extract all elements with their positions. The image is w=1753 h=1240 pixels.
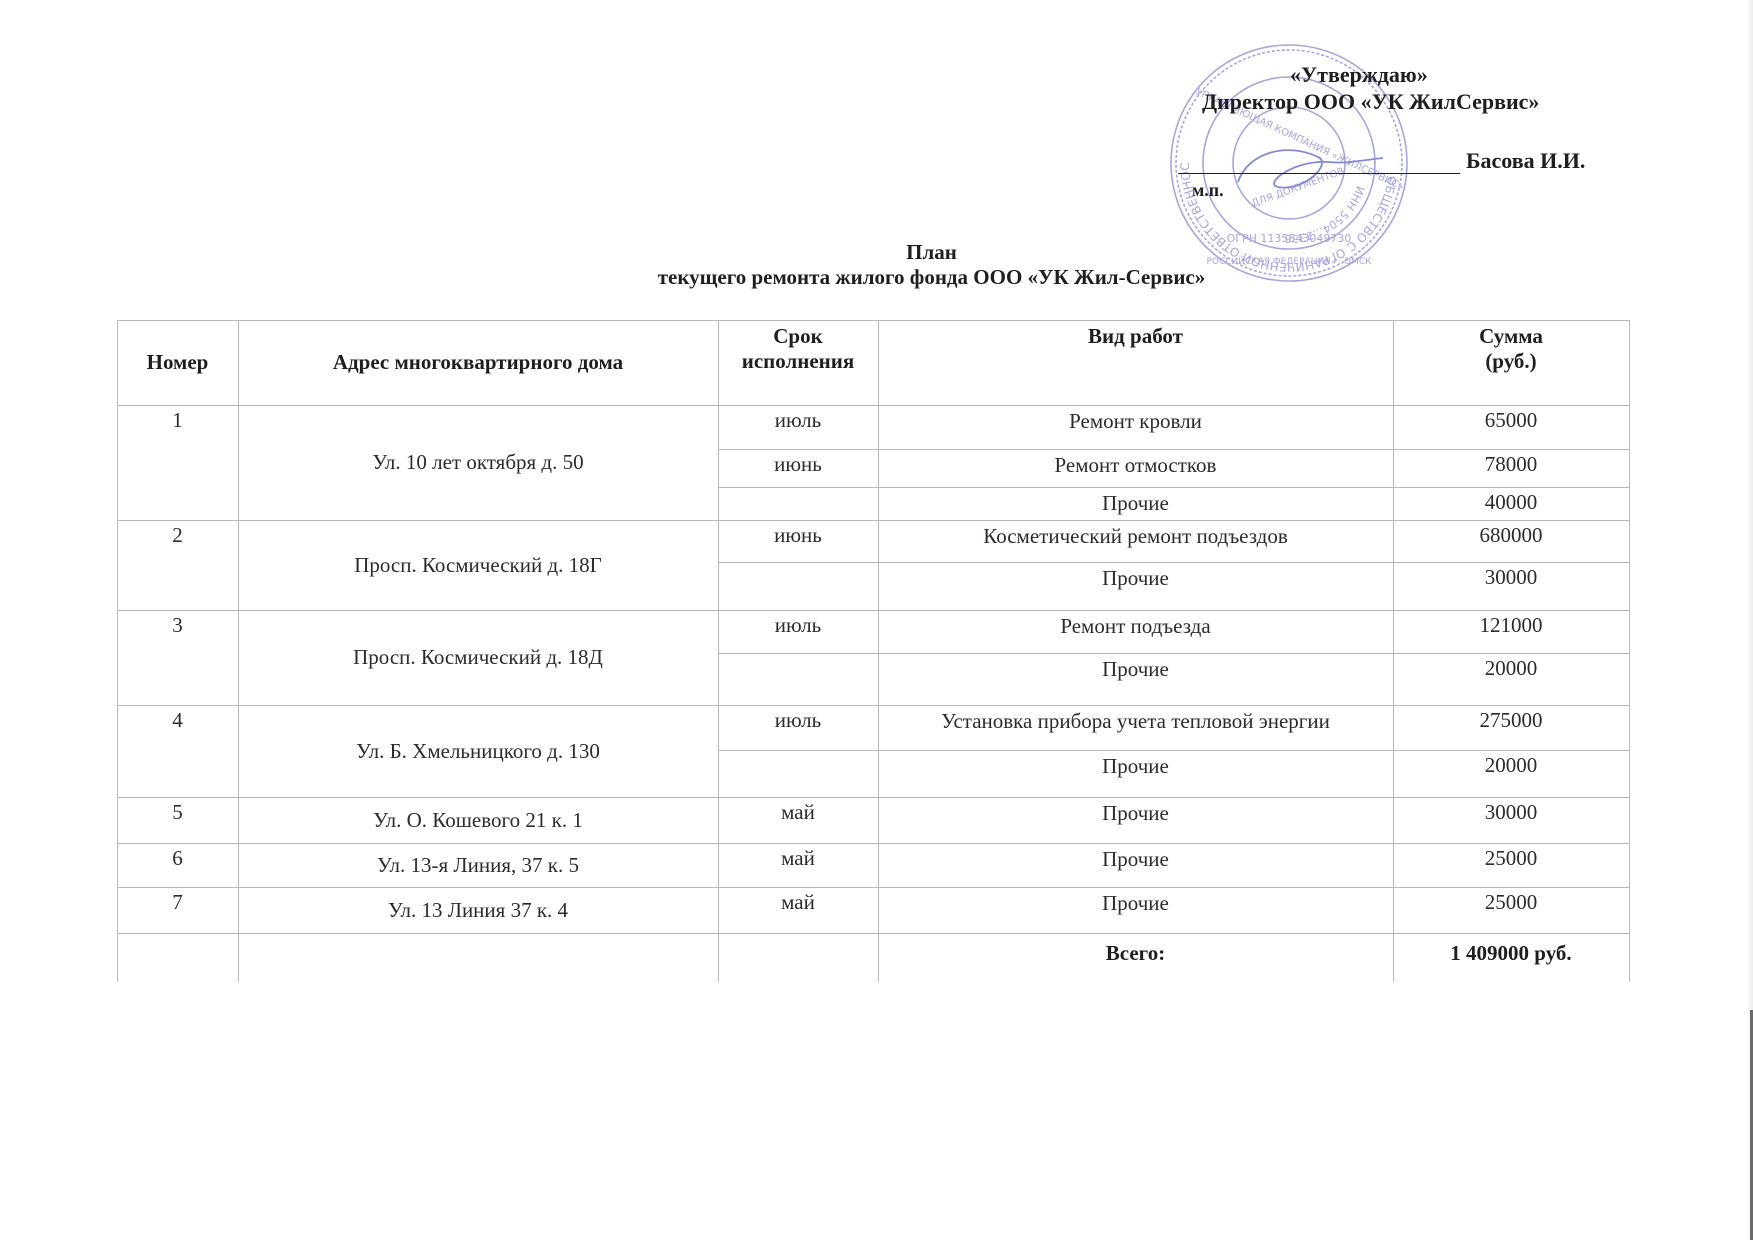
row-deadline: июнь	[718, 520, 878, 562]
row-work-type: Установка прибора учета тепловой энергии	[878, 705, 1393, 750]
row-deadline: июль	[718, 705, 878, 750]
row-deadline: май	[718, 843, 878, 887]
column-border	[1629, 320, 1630, 982]
row-work-type: Прочие	[878, 653, 1393, 705]
row-sum: 65000	[1393, 405, 1629, 449]
row-number: 7	[117, 887, 238, 933]
row-work-type: Прочие	[878, 750, 1393, 797]
row-work-type: Косметический ремонт подъездов	[878, 520, 1393, 562]
row-work-type: Ремонт отмостков	[878, 449, 1393, 487]
row-number: 4	[117, 705, 238, 797]
row-address: Ул. 13 Линия 37 к. 4	[238, 887, 718, 933]
row-deadline: июнь	[718, 449, 878, 487]
row-address: Ул. 10 лет октября д. 50	[238, 405, 718, 520]
header-address: Адрес многоквартирного дома	[238, 320, 718, 405]
header-deadline-line-1: Срок	[718, 324, 878, 349]
row-sum: 121000	[1393, 610, 1629, 653]
row-sum: 78000	[1393, 449, 1629, 487]
row-deadline	[718, 487, 878, 520]
row-work-type: Ремонт подъезда	[878, 610, 1393, 653]
row-work-type: Ремонт кровли	[878, 405, 1393, 449]
row-number: 6	[117, 843, 238, 887]
header-work-type: Вид работ	[878, 320, 1393, 405]
row-deadline	[718, 750, 878, 797]
row-address: Ул. 13-я Линия, 37 к. 5	[238, 843, 718, 887]
row-sum: 40000	[1393, 487, 1629, 520]
row-number: 2	[117, 520, 238, 610]
row-sum: 275000	[1393, 705, 1629, 750]
row-number: 5	[117, 797, 238, 843]
header-deadline: Срокисполнения	[718, 324, 878, 374]
row-sum: 25000	[1393, 887, 1629, 933]
row-sum: 680000	[1393, 520, 1629, 562]
total-value: 1 409000 руб.	[1393, 933, 1629, 982]
row-number: 3	[117, 610, 238, 705]
row-deadline	[718, 653, 878, 705]
header-number: Номер	[117, 320, 238, 405]
row-address: Ул. Б. Хмельницкого д. 130	[238, 705, 718, 797]
row-sum: 20000	[1393, 750, 1629, 797]
total-label: Всего:	[878, 933, 1393, 982]
header-sum-line-1: Сумма	[1393, 324, 1629, 349]
row-work-type: Прочие	[878, 797, 1393, 843]
row-work-type: Прочие	[878, 887, 1393, 933]
row-deadline: май	[718, 797, 878, 843]
row-sum: 30000	[1393, 797, 1629, 843]
repair-plan-table: НомерАдрес многоквартирного домаСрокиспо…	[0, 0, 1753, 1240]
row-number: 1	[117, 405, 238, 520]
header-sum-line-2: (руб.)	[1393, 349, 1629, 374]
row-deadline: май	[718, 887, 878, 933]
header-sum: Сумма(руб.)	[1393, 324, 1629, 374]
row-work-type: Прочие	[878, 843, 1393, 887]
row-sum: 25000	[1393, 843, 1629, 887]
row-address: Просп. Космический д. 18Д	[238, 610, 718, 705]
row-deadline: июль	[718, 405, 878, 449]
row-address: Ул. О. Кошевого 21 к. 1	[238, 797, 718, 843]
row-sum: 20000	[1393, 653, 1629, 705]
row-address: Просп. Космический д. 18Г	[238, 520, 718, 610]
row-deadline	[718, 562, 878, 610]
row-work-type: Прочие	[878, 562, 1393, 610]
row-work-type: Прочие	[878, 487, 1393, 520]
header-deadline-line-2: исполнения	[718, 349, 878, 374]
row-sum: 30000	[1393, 562, 1629, 610]
row-deadline: июль	[718, 610, 878, 653]
